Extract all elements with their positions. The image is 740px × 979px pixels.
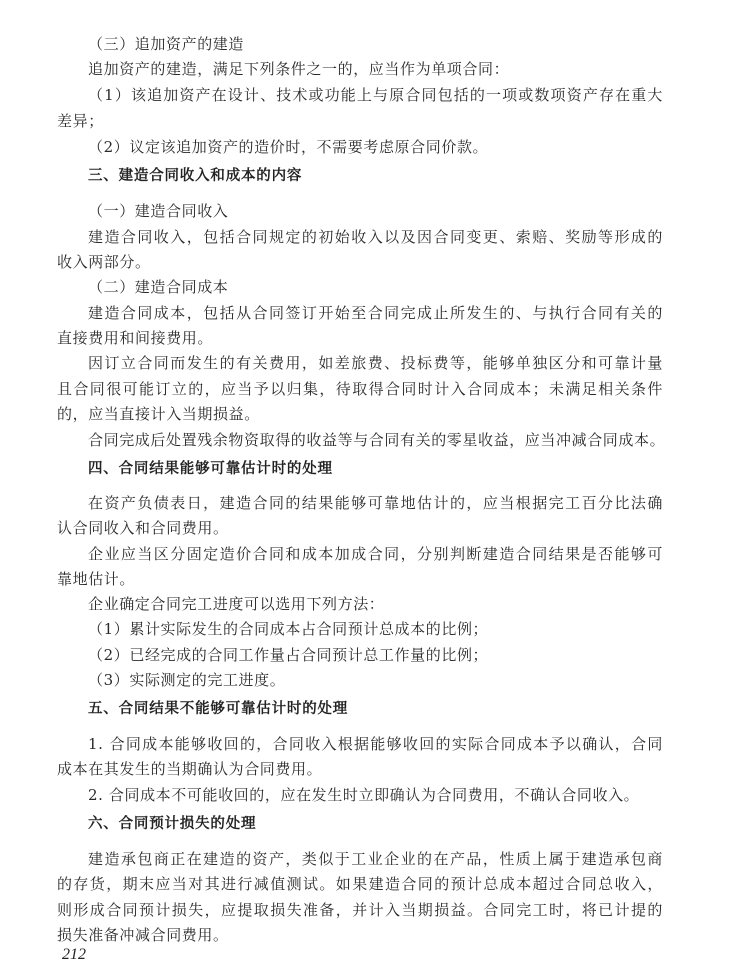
text-line: （三）追加资产的建造: [88, 34, 244, 54]
section-heading: 五、合同结果不能够可靠估计时的处理: [88, 699, 348, 719]
page-number: 212: [62, 946, 86, 964]
text-line: （1）累计实际发生的合同成本占合同预计总成本的比例；: [88, 619, 488, 639]
text-line: 2. 合同成本不可能收回的，应在发生时立即确认为合同费用，不确认合同收入。: [88, 785, 639, 805]
text-line: 的存货，期末应当对其进行减值测试。如果建造合同的预计总成本超过合同总收入，: [57, 874, 663, 894]
text-line: 则形成合同预计损失，应提取损失准备，并计入当期损益。合同完工时，将已计提的: [57, 900, 663, 920]
text-line: 靠地估计。: [57, 569, 135, 589]
text-line: 认合同收入和合同费用。: [57, 518, 229, 538]
text-line: （1）该追加资产在设计、技术或功能上与原合同包括的一项或数项资产存在重大: [88, 85, 663, 105]
text-line: 收入两部分。: [57, 252, 151, 272]
text-line: 损失准备冲减合同费用。: [57, 925, 229, 945]
section-heading: 六、合同预计损失的处理: [88, 814, 256, 834]
text-line: （3）实际测定的完工进度。: [88, 670, 285, 690]
text-line: 因订立合同而发生的有关费用，如差旅费、投标费等，能够单独区分和可靠计量: [88, 353, 663, 373]
text-line: 企业应当区分固定造价合同和成本加成合同，分别判断建造合同结果是否能够可: [88, 544, 663, 564]
text-line: 成本在其发生的当期确认为合同费用。: [57, 759, 322, 779]
text-line: 企业确定合同完工进度可以选用下列方法：: [88, 594, 384, 614]
text-line: 建造承包商正在建造的资产，类似于工业企业的在产品，性质上属于建造承包商: [88, 849, 663, 869]
text-line: 合同完成后处置残余物资取得的收益等与合同有关的零星收益，应当冲减合同成本。: [88, 430, 665, 450]
text-line: 的，应当直接计入当期损益。: [57, 404, 260, 424]
text-line: 建造合同收入，包括合同规定的初始收入以及因合同变更、索赔、奖励等形成的: [88, 227, 663, 247]
text-line: （2）已经完成的合同工作量占合同预计总工作量的比例；: [88, 645, 488, 665]
text-line: 差异；: [57, 111, 104, 131]
section-heading: 三、建造合同收入和成本的内容: [88, 166, 302, 186]
text-line: 追加资产的建造，满足下列条件之一的，应当作为单项合同：: [88, 59, 509, 79]
text-line: （一）建造合同收入: [88, 201, 228, 221]
text-line: （2）议定该追加资产的造价时，不需要考虑原合同价款。: [88, 137, 488, 157]
text-line: （二）建造合同成本: [88, 277, 228, 297]
section-heading: 四、合同结果能够可靠估计时的处理: [88, 459, 333, 479]
text-line: 且合同很可能订立的，应当予以归集，待取得合同时计入合同成本；未满足相关条件: [57, 379, 663, 399]
text-line: 建造合同成本，包括从合同签订开始至合同完成止所发生的、与执行合同有关的: [88, 303, 663, 323]
text-line: 1. 合同成本能够收回的，合同收入根据能够收回的实际合同成本予以确认，合同: [88, 734, 663, 754]
text-line: 在资产负债表日，建造合同的结果能够可靠地估计的，应当根据完工百分比法确: [88, 493, 663, 513]
text-line: 直接费用和间接费用。: [57, 328, 213, 348]
